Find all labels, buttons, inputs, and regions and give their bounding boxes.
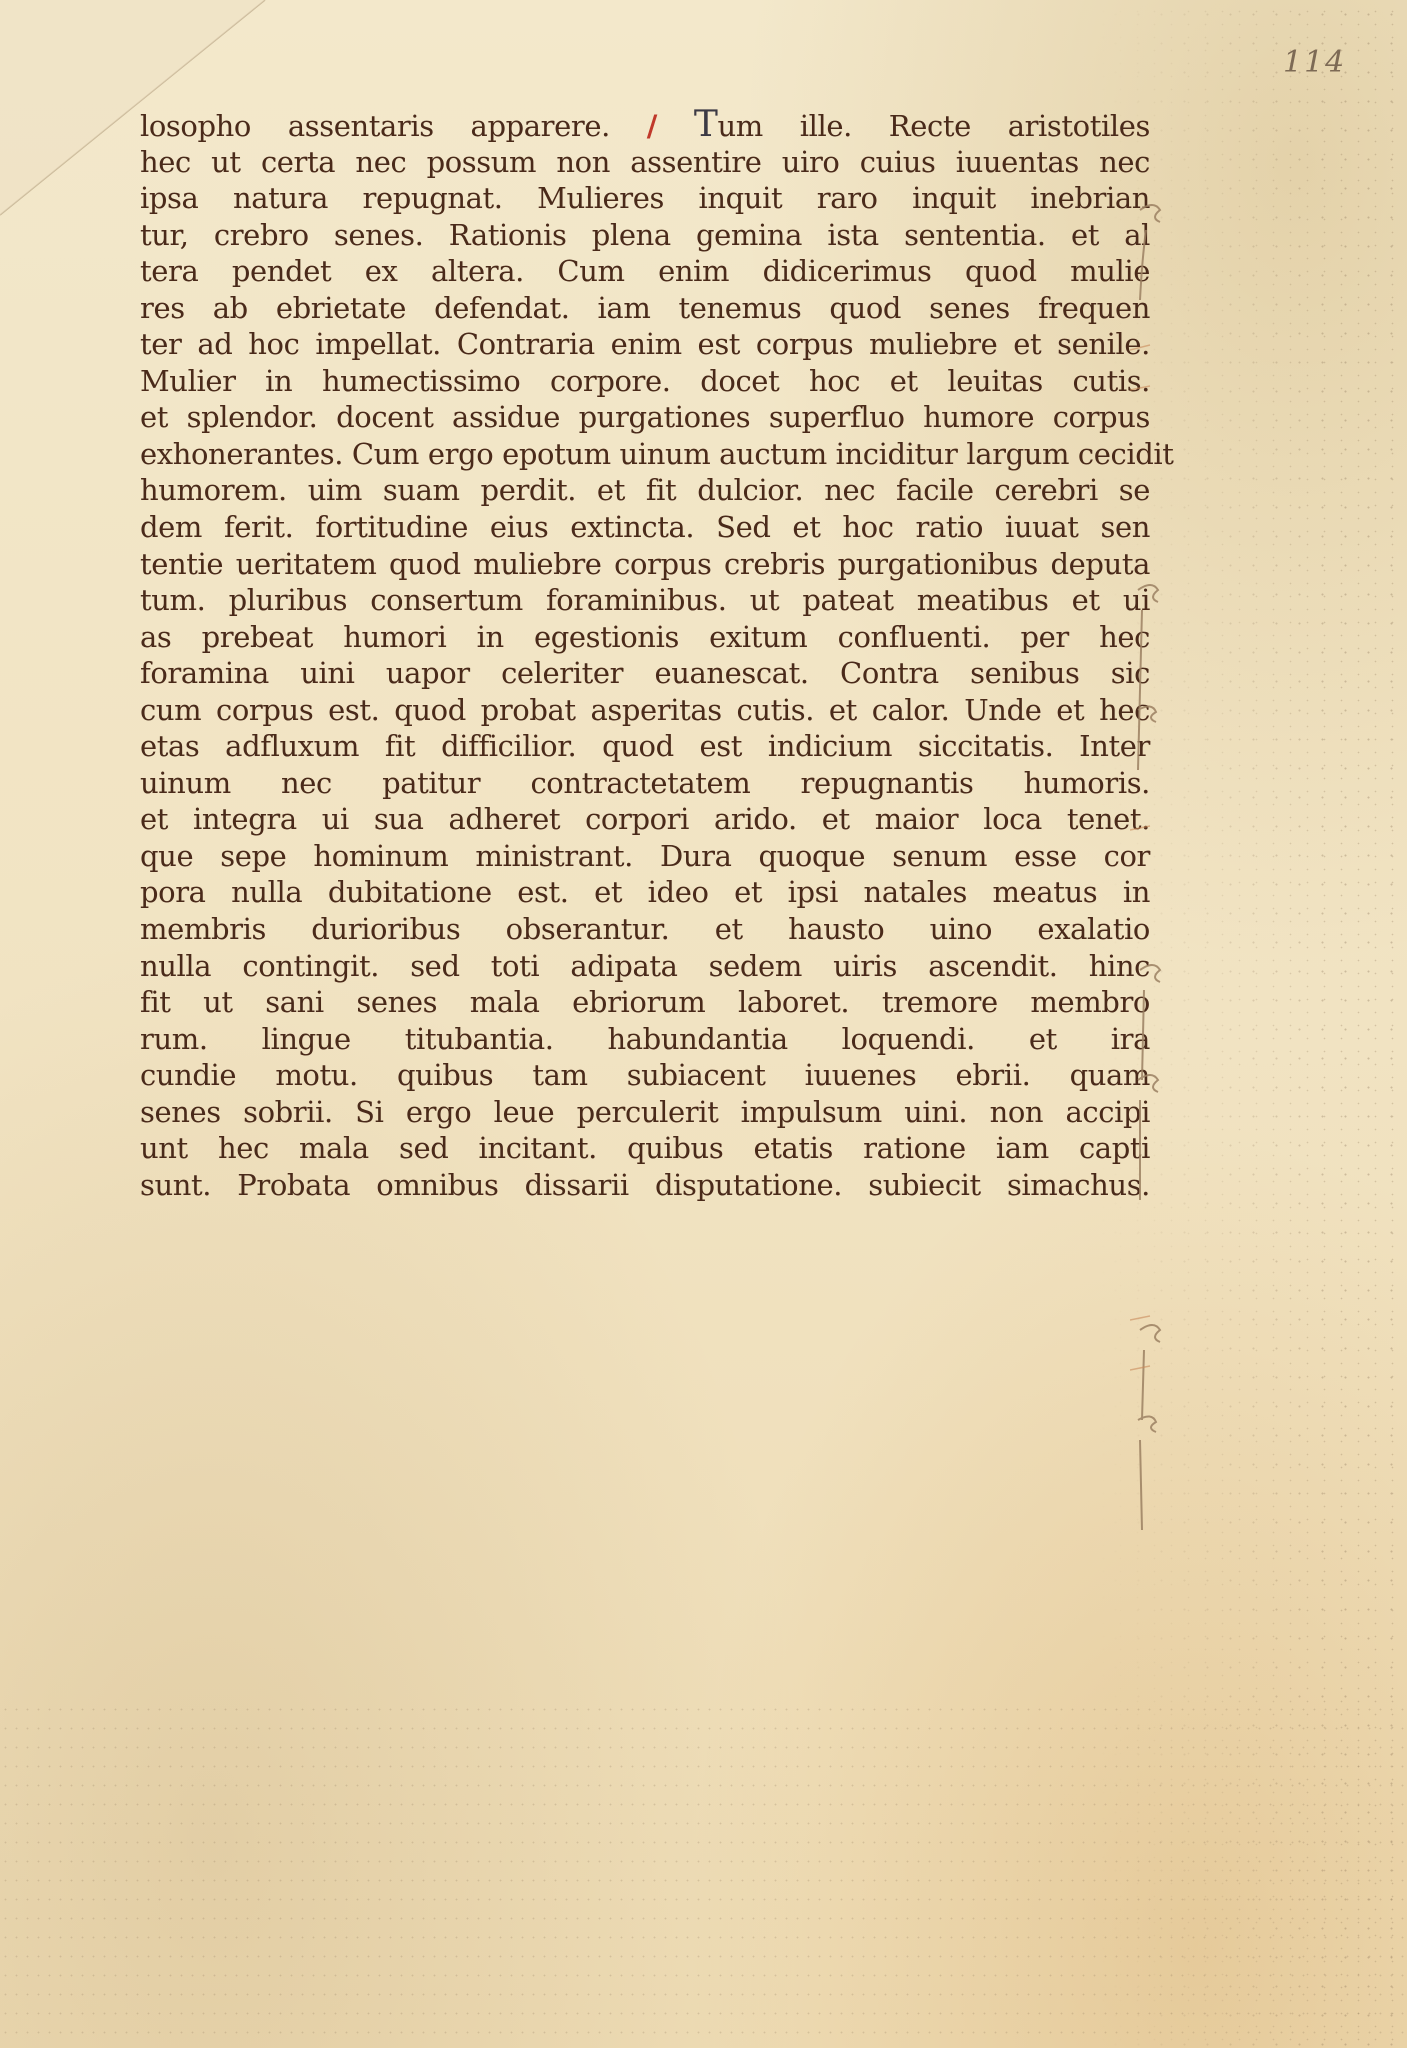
text-line-19: uinum nec patitur contractetatem repugna… (140, 765, 1150, 802)
text-line-12: dem ferit. fortitudine eius extincta. Se… (140, 509, 1150, 546)
decorated-initial: T (694, 104, 718, 145)
text-line-20: et integra ui sua adheret corpori arido.… (140, 801, 1150, 838)
line-filler-stroke (1130, 1366, 1150, 1370)
text-line-1: losopho assentaris apparere. / Tum ille.… (140, 107, 1150, 144)
line-filler-stroke (1130, 1316, 1150, 1320)
margin-bracket-icon (1138, 585, 1158, 770)
text-line-30: sunt. Probata omnibus dissarii disputati… (140, 1167, 1150, 1204)
text-line-27: cundie motu. quibus tam subiacent iuuene… (140, 1057, 1150, 1094)
text-line-26: rum. lingue titubantia. habundantia loqu… (140, 1021, 1150, 1058)
text-line-14: tum. pluribus consertum foraminibus. ut … (140, 582, 1150, 619)
margin-bracket-icon (1140, 205, 1160, 300)
text-line-9: et splendor. docent assidue purgationes … (140, 399, 1150, 436)
line-1-continuation: um ille. Recte aristotiles (717, 109, 1149, 143)
text-line-15: as prebeat humori in egestionis exitum c… (140, 619, 1150, 656)
line-filler-stroke (1130, 386, 1150, 390)
text-line-5: tera pendet ex altera. Cum enim didiceri… (140, 253, 1150, 290)
line-1-text: losopho assentaris apparere. (140, 109, 610, 143)
folio-number: 114 (1283, 45, 1346, 80)
text-line-3: ipsa natura repugnat. Mulieres inquit ra… (140, 180, 1150, 217)
text-line-2: hec ut certa nec possum non assentire ui… (140, 144, 1150, 181)
text-line-24: nulla contingit. sed toti adipata sedem … (140, 948, 1150, 985)
parchment-speckling-bottom (0, 1700, 1407, 2048)
text-line-16: foramina uini uapor celeriter euanescat.… (140, 655, 1150, 692)
manuscript-text-block: losopho assentaris apparere. / Tum ille.… (140, 107, 1150, 1203)
text-line-22: pora nulla dubitatione est. et ideo et i… (140, 874, 1150, 911)
text-line-28: senes sobrii. Si ergo leue perculerit im… (140, 1094, 1150, 1131)
text-line-10: exhonerantes. Cum ergo epotum uinum auct… (140, 436, 1150, 473)
margin-brackets (1130, 190, 1190, 1540)
text-line-8: Mulier in humectissimo corpore. docet ho… (140, 363, 1150, 400)
text-line-18: etas adfluxum fit difficilior. quod est … (140, 728, 1150, 765)
text-line-6: res ab ebrietate defendat. iam tenemus q… (140, 290, 1150, 327)
text-line-23: membris durioribus obserantur. et hausto… (140, 911, 1150, 948)
manuscript-folio: 114 losopho assentaris apparere. / Tum i… (0, 0, 1407, 2048)
margin-bracket-icon (1138, 1325, 1160, 1530)
margin-bracket-icon (1140, 965, 1160, 1080)
text-line-17: cum corpus est. quod probat asperitas cu… (140, 692, 1150, 729)
line-filler-stroke (1130, 345, 1150, 350)
rubric-paragraph-mark: / (647, 109, 657, 143)
line-filler-stroke (1130, 826, 1150, 830)
text-line-29: unt hec mala sed incitant. quibus etatis… (140, 1130, 1150, 1167)
text-line-11: humorem. uim suam perdit. et fit dulcior… (140, 472, 1150, 509)
text-line-13: tentie ueritatem quod muliebre corpus cr… (140, 546, 1150, 583)
text-line-7: ter ad hoc impellat. Contraria enim est … (140, 326, 1150, 363)
margin-bracket-icon (1138, 1075, 1158, 1200)
text-line-25: fit ut sani senes mala ebriorum laboret.… (140, 984, 1150, 1021)
text-line-21: que sepe hominum ministrant. Dura quoque… (140, 838, 1150, 875)
text-line-4: tur, crebro senes. Rationis plena gemina… (140, 217, 1150, 254)
